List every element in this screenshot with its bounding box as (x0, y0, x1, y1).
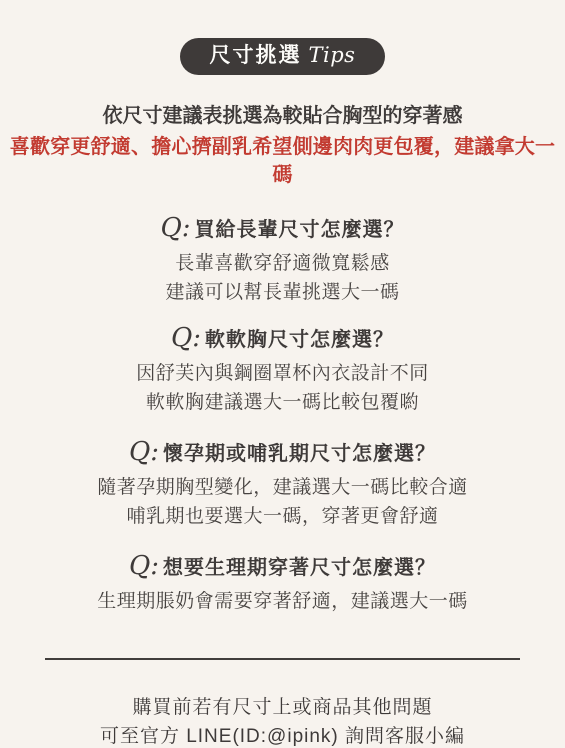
footer-line-1: 購買前若有尺寸上或商品其他問題 (0, 693, 565, 722)
q-prefix: Q: (129, 437, 159, 467)
badge-title-en: Tips (309, 44, 356, 67)
answer-line: 哺乳期也要選大一碼，穿著更會舒適 (0, 502, 565, 531)
answer-text: 因舒芙內與鋼圈罩杯內衣設計不同 軟軟胸建議選大一碼比較包覆喲 (0, 359, 565, 417)
answer-line: 隨著孕期胸型變化，建議選大一碼比較合適 (0, 473, 565, 502)
question-text: 買給長輩尺寸怎麼選？ (195, 219, 405, 241)
question-text: 懷孕期或哺乳期尺寸怎麼選？ (163, 443, 436, 465)
intro-block: 依尺寸建議表挑選為較貼合胸型的穿著感 喜歡穿更舒適、擔心擠副乳希望側邊肉肉更包覆… (0, 102, 565, 189)
answer-line: 長輩喜歡穿舒適微寬鬆感 (0, 249, 565, 278)
size-tips-panel: 尺寸挑選 Tips 依尺寸建議表挑選為較貼合胸型的穿著感 喜歡穿更舒適、擔心擠副… (0, 0, 565, 748)
answer-line: 因舒芙內與鋼圈罩杯內衣設計不同 (0, 359, 565, 388)
answer-text: 長輩喜歡穿舒適微寬鬆感 建議可以幫長輩挑選大一碼 (0, 249, 565, 307)
footer-contact-note: 購買前若有尺寸上或商品其他問題 可至官方 LINE(ID:@ipink) 詢問客… (0, 693, 565, 748)
q-prefix: Q: (171, 323, 201, 353)
footer-line-2: 可至官方 LINE(ID:@ipink) 詢問客服小編 (0, 722, 565, 748)
q-prefix: Q: (129, 551, 159, 581)
badge-title-zh: 尺寸挑選 (210, 44, 302, 67)
question-heading: Q:軟軟胸尺寸怎麼選？ (0, 325, 565, 353)
answer-line: 軟軟胸建議選大一碼比較包覆喲 (0, 388, 565, 417)
size-tips-badge: 尺寸挑選 Tips (180, 38, 386, 75)
answer-line: 建議可以幫長輩挑選大一碼 (0, 278, 565, 307)
qa-section-period: Q:想要生理期穿著尺寸怎麼選？ 生理期脹奶會需要穿著舒適，建議選大一碼 (0, 553, 565, 616)
qa-section-pregnancy: Q:懷孕期或哺乳期尺寸怎麼選？ 隨著孕期胸型變化，建議選大一碼比較合適 哺乳期也… (0, 439, 565, 531)
qa-section-elders: Q:買給長輩尺寸怎麼選？ 長輩喜歡穿舒適微寬鬆感 建議可以幫長輩挑選大一碼 (0, 215, 565, 307)
intro-line-2-highlight: 喜歡穿更舒適、擔心擠副乳希望側邊肉肉更包覆，建議拿大一碼 (0, 133, 565, 189)
answer-line: 生理期脹奶會需要穿著舒適，建議選大一碼 (0, 587, 565, 616)
qa-section-soft-bust: Q:軟軟胸尺寸怎麼選？ 因舒芙內與鋼圈罩杯內衣設計不同 軟軟胸建議選大一碼比較包… (0, 325, 565, 417)
question-text: 想要生理期穿著尺寸怎麼選？ (163, 557, 436, 579)
answer-text: 隨著孕期胸型變化，建議選大一碼比較合適 哺乳期也要選大一碼，穿著更會舒適 (0, 473, 565, 531)
question-heading: Q:懷孕期或哺乳期尺寸怎麼選？ (0, 439, 565, 467)
intro-line-1: 依尺寸建議表挑選為較貼合胸型的穿著感 (0, 102, 565, 130)
question-heading: Q:買給長輩尺寸怎麼選？ (0, 215, 565, 243)
section-divider (45, 658, 520, 660)
answer-text: 生理期脹奶會需要穿著舒適，建議選大一碼 (0, 587, 565, 616)
question-text: 軟軟胸尺寸怎麼選？ (205, 329, 394, 351)
question-heading: Q:想要生理期穿著尺寸怎麼選？ (0, 553, 565, 581)
q-prefix: Q: (160, 213, 190, 243)
